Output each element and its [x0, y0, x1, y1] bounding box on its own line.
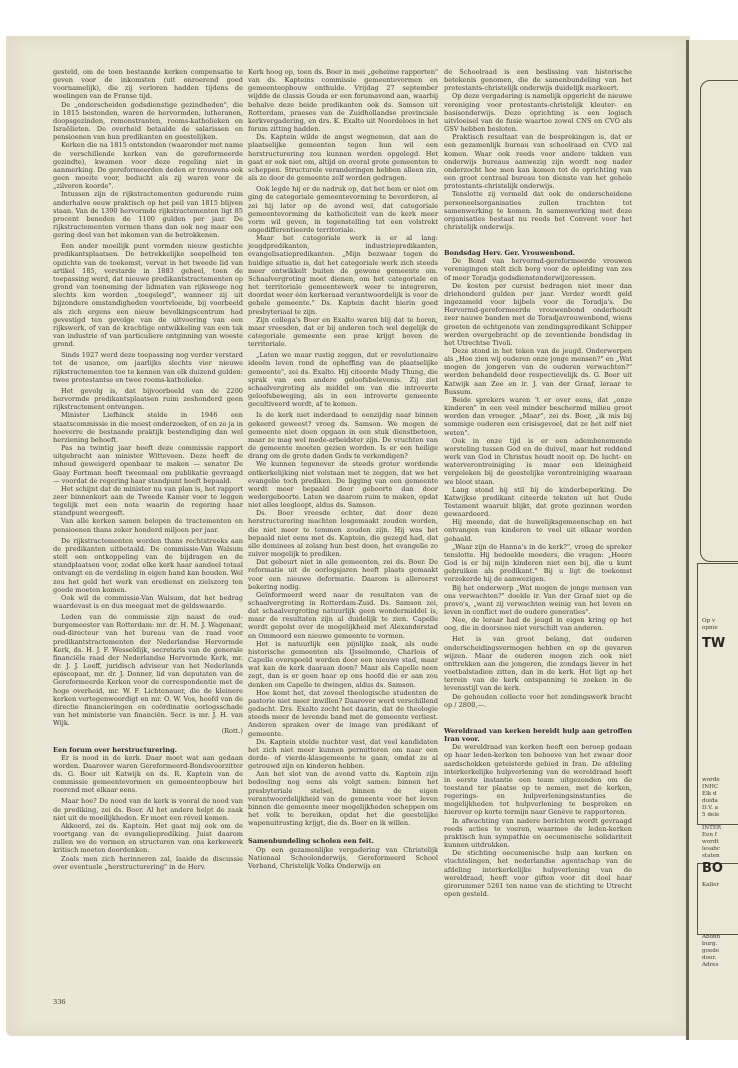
fragment-line: 5 dele: [702, 812, 719, 819]
paragraph: Leden van de commissie zijn naast de oud…: [53, 613, 243, 727]
paragraph: Geïnformeerd werd naar de resultaten van…: [248, 591, 438, 640]
paragraph: In afwachting van nadere berichten wordt…: [444, 817, 632, 850]
paragraph: de Schoolraad is een beslissing van hist…: [444, 68, 632, 92]
signoff-source: (Rott.): [222, 727, 243, 735]
adjacent-page-box-top: [700, 80, 738, 562]
paragraph: Praktisch resultaat van de besprekingen …: [444, 133, 632, 190]
paragraph: De rijkstractementen worden thans rechts…: [53, 537, 243, 594]
paragraph: De wereldraad van kerken heeft een beroe…: [444, 743, 632, 816]
paragraph: „Waar zijn de Hanna's in de kerk?", vroe…: [444, 543, 632, 584]
paragraph: Lang stond hij stil bij de kinderbeperki…: [444, 486, 632, 519]
paragraph: Kerk hoog op, toen ds. Boer in mei „gehe…: [248, 68, 438, 133]
paragraph: Hoe komt het, dat zoveel theologische st…: [248, 689, 438, 738]
paragraph: Zijn collega's Boer en Exalto waren blij…: [248, 316, 438, 349]
fragment-line: staten: [702, 853, 720, 860]
paragraph: De kosten per cursist bedragen niet meer…: [444, 282, 632, 347]
fragment-line: Op v: [702, 618, 715, 625]
paragraph: Maar het categoriale werk is er al lang:…: [248, 234, 438, 316]
paragraph: gesteld, om de toen bestaande kerken com…: [53, 68, 243, 101]
paragraph: We kunnen tegenover de steeds groter wor…: [248, 460, 438, 509]
paragraph: Sinds 1927 werd deze toepassing nog verd…: [53, 351, 243, 384]
section-heading: Bondsdag Herv. Ger. Vrouwenbond.: [444, 249, 632, 257]
fragment-line: Adres: [702, 962, 718, 969]
paragraph: Beide sprekers waren 't er over eens, da…: [444, 396, 632, 437]
fragment-line: lesabc: [702, 846, 720, 853]
paragraph: Ds. Kaptein wilde de angst wegnemen, dat…: [248, 133, 438, 182]
paragraph: Zoals men zich herinneren zal, laaide de…: [53, 855, 243, 871]
fragment-line: INTER: [702, 825, 721, 832]
paragraph: Het is natuurlijk een pijnlijke zaak, al…: [248, 640, 438, 689]
fragment-line: opnie: [702, 625, 718, 632]
paragraph: Het gevolg is, dat bijvoorbeeld van de 2…: [53, 387, 243, 411]
paragraph: Pas na twintig jaar heeft deze commissie…: [53, 444, 243, 485]
paragraph: Het is van groot belang, dat ouderen ond…: [444, 635, 632, 692]
paragraph: Bij het onderwerp „Wat mogen de jonge me…: [444, 584, 632, 617]
fragment-heading: TW: [702, 636, 725, 651]
section-heading: Samenbundeling scholen een feit.: [248, 837, 438, 845]
paragraph: „Laten we maar rustig zeggen, dat er rev…: [248, 351, 438, 408]
paragraph: Akkoord, zei ds. Kaptein. Het gaat mij o…: [53, 822, 243, 855]
paragraph: Een ander moeilijk punt vormden nieuw ge…: [53, 242, 243, 348]
paragraph: Op deze vergadering is namelijk opgerich…: [444, 92, 632, 133]
fragment-line: door.: [702, 955, 716, 962]
column-3: de Schoolraad is een beslissing van hist…: [444, 68, 632, 898]
fragment-line: D.V. a: [702, 805, 718, 812]
paragraph: Ds. Boer vreesde echter, dat door deze h…: [248, 509, 438, 558]
paragraph: De Bond van hervormd-gereformeerde vrouw…: [444, 257, 632, 281]
fragment-line: burg.: [702, 941, 717, 948]
paragraph: Dat gebeurt niet in alle gemeenten, zei …: [248, 558, 438, 591]
section-heading: Een forum over herstructurering.: [53, 746, 243, 754]
paragraph: Aan het slot van de avond vatte ds. Kapt…: [248, 770, 438, 827]
paragraph: Deze stond in het teken van de jeugd. On…: [444, 347, 632, 396]
paragraph: Intussen zijn de rijkstractementen gedur…: [53, 190, 243, 239]
page-number: 336: [53, 998, 66, 1006]
paragraph: Hij meende, dat de huwelijksgemeenschap …: [444, 518, 632, 542]
paragraph: Tenslotte zij vermeld dat ook de ondersc…: [444, 190, 632, 231]
fragment-line: worde: [702, 777, 720, 784]
article-signoff: (Rott.): [53, 727, 243, 735]
paragraph: Minister Liefhinck stelde in 1946 een st…: [53, 411, 243, 444]
fragment-line: Elk d: [702, 791, 717, 798]
paragraph: Is de kerk niet inderdaad te eenzijdig n…: [248, 411, 438, 460]
paragraph: De „onderscheiden godsdienstige gezindhe…: [53, 101, 243, 142]
paragraph: Het schijnt dat de minister nu van plan …: [53, 485, 243, 518]
paragraph: Er is nood in de kerk. Daar moet wat aan…: [53, 754, 243, 795]
fragment-line: Abonn: [702, 934, 720, 941]
paragraph: Maar hoe? De nood van de kerk is vooral …: [53, 797, 243, 821]
fragment-line: goede: [702, 948, 719, 955]
column-2: Kerk hoog op, toen ds. Boer in mei „gehe…: [248, 68, 438, 870]
column-1: gesteld, om de toen bestaande kerken com…: [53, 68, 243, 871]
paragraph: De stichting oecumenische hulp aan kerke…: [444, 849, 632, 898]
fragment-line: Een f: [702, 832, 717, 839]
paragraph: Van alle kerken samen belopen de tractem…: [53, 517, 243, 533]
fragment-line: duida: [702, 798, 718, 805]
fragment-heading: BO: [702, 861, 723, 876]
paragraph: Ook wil de commissie-Van Walsum, dat het…: [53, 594, 243, 610]
fragment-line: INHC: [702, 784, 718, 791]
fragment-line: wordt: [702, 839, 719, 846]
paragraph: Op een gezamenlijke vergadering van Chri…: [248, 846, 438, 870]
paragraph: Ds. Kaptein stelde nuchter vast, dat vee…: [248, 738, 438, 771]
paragraph: Ook legde hij er de nadruk op, dat het h…: [248, 185, 438, 234]
paragraph: Nee, de leraar had de jeugd in eigen kri…: [444, 616, 632, 632]
fragment-line: Kaller: [702, 882, 719, 889]
section-heading: Wereldraad van kerken bereidt hulp aan g…: [444, 727, 632, 743]
paragraph: Kerken die na 1815 ontstonden (waaronder…: [53, 141, 243, 190]
paragraph: Ook in onze tijd is er een adembenemende…: [444, 437, 632, 486]
paragraph: De gehouden collecte voor het zendingswe…: [444, 693, 632, 709]
